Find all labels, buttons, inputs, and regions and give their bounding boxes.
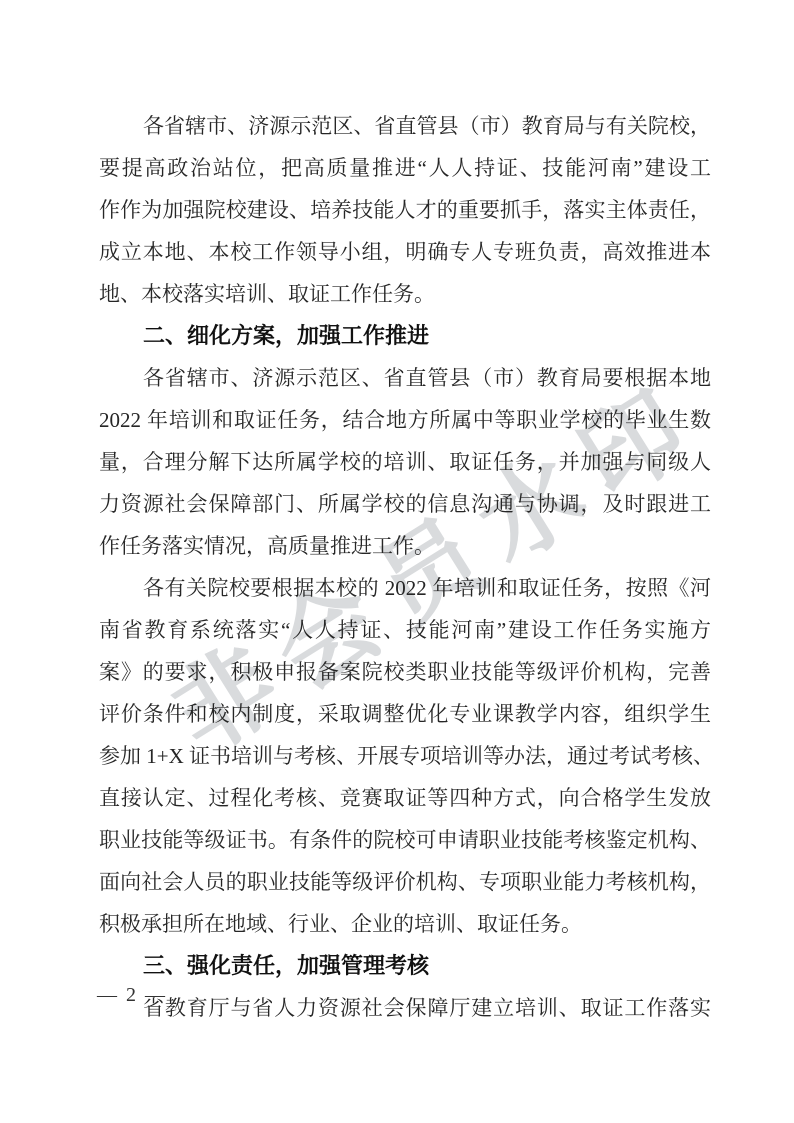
text-line: 面向社会人员的职业技能等级评价机构、专项职业能力考核机构，	[99, 861, 711, 903]
text-line: 参加 1+X 证书培训与考核、开展专项培训等办法，通过考试考核、	[99, 735, 711, 777]
text-line: 南省教育系统落实“人人持证、技能河南”建设工作任务实施方	[99, 609, 711, 651]
text-line: 积极承担所在地域、行业、企业的培训、取证任务。	[99, 903, 711, 945]
text-line: 案》的要求，积极申报备案院校类职业技能等级评价机构，完善	[99, 651, 711, 693]
page-number: — 2 —	[97, 984, 167, 1007]
text-line: 各省辖市、济源示范区、省直管县（市）教育局要根据本地	[99, 357, 711, 399]
section-heading: 二、细化方案，加强工作推进	[99, 315, 711, 357]
document-page: 非会员水印 各省辖市、济源示范区、省直管县（市）教育局与有关院校，要提高政治站位…	[0, 0, 794, 1123]
text-line: 地、本校落实培训、取证工作任务。	[99, 273, 711, 315]
text-line: 省教育厅与省人力资源社会保障厅建立培训、取证工作落实	[99, 987, 711, 1029]
text-line: 职业技能等级证书。有条件的院校可申请职业技能考核鉴定机构、	[99, 819, 711, 861]
text-line: 评价条件和校内制度，采取调整优化专业课教学内容，组织学生	[99, 693, 711, 735]
text-line: 各有关院校要根据本校的 2022 年培训和取证任务，按照《河	[99, 567, 711, 609]
text-line: 作作为加强院校建设、培养技能人才的重要抓手，落实主体责任，	[99, 189, 711, 231]
text-line: 力资源社会保障部门、所属学校的信息沟通与协调，及时跟进工	[99, 483, 711, 525]
section-heading: 三、强化责任，加强管理考核	[99, 945, 711, 987]
text-line: 2022 年培训和取证任务，结合地方所属中等职业学校的毕业生数	[99, 399, 711, 441]
text-line: 各省辖市、济源示范区、省直管县（市）教育局与有关院校，	[99, 105, 711, 147]
text-line: 成立本地、本校工作领导小组，明确专人专班负责，高效推进本	[99, 231, 711, 273]
text-line: 要提高政治站位，把高质量推进“人人持证、技能河南”建设工	[99, 147, 711, 189]
text-line: 量，合理分解下达所属学校的培训、取证任务，并加强与同级人	[99, 441, 711, 483]
document-body: 各省辖市、济源示范区、省直管县（市）教育局与有关院校，要提高政治站位，把高质量推…	[99, 105, 711, 1029]
text-line: 直接认定、过程化考核、竞赛取证等四种方式，向合格学生发放	[99, 777, 711, 819]
text-line: 作任务落实情况，高质量推进工作。	[99, 525, 711, 567]
